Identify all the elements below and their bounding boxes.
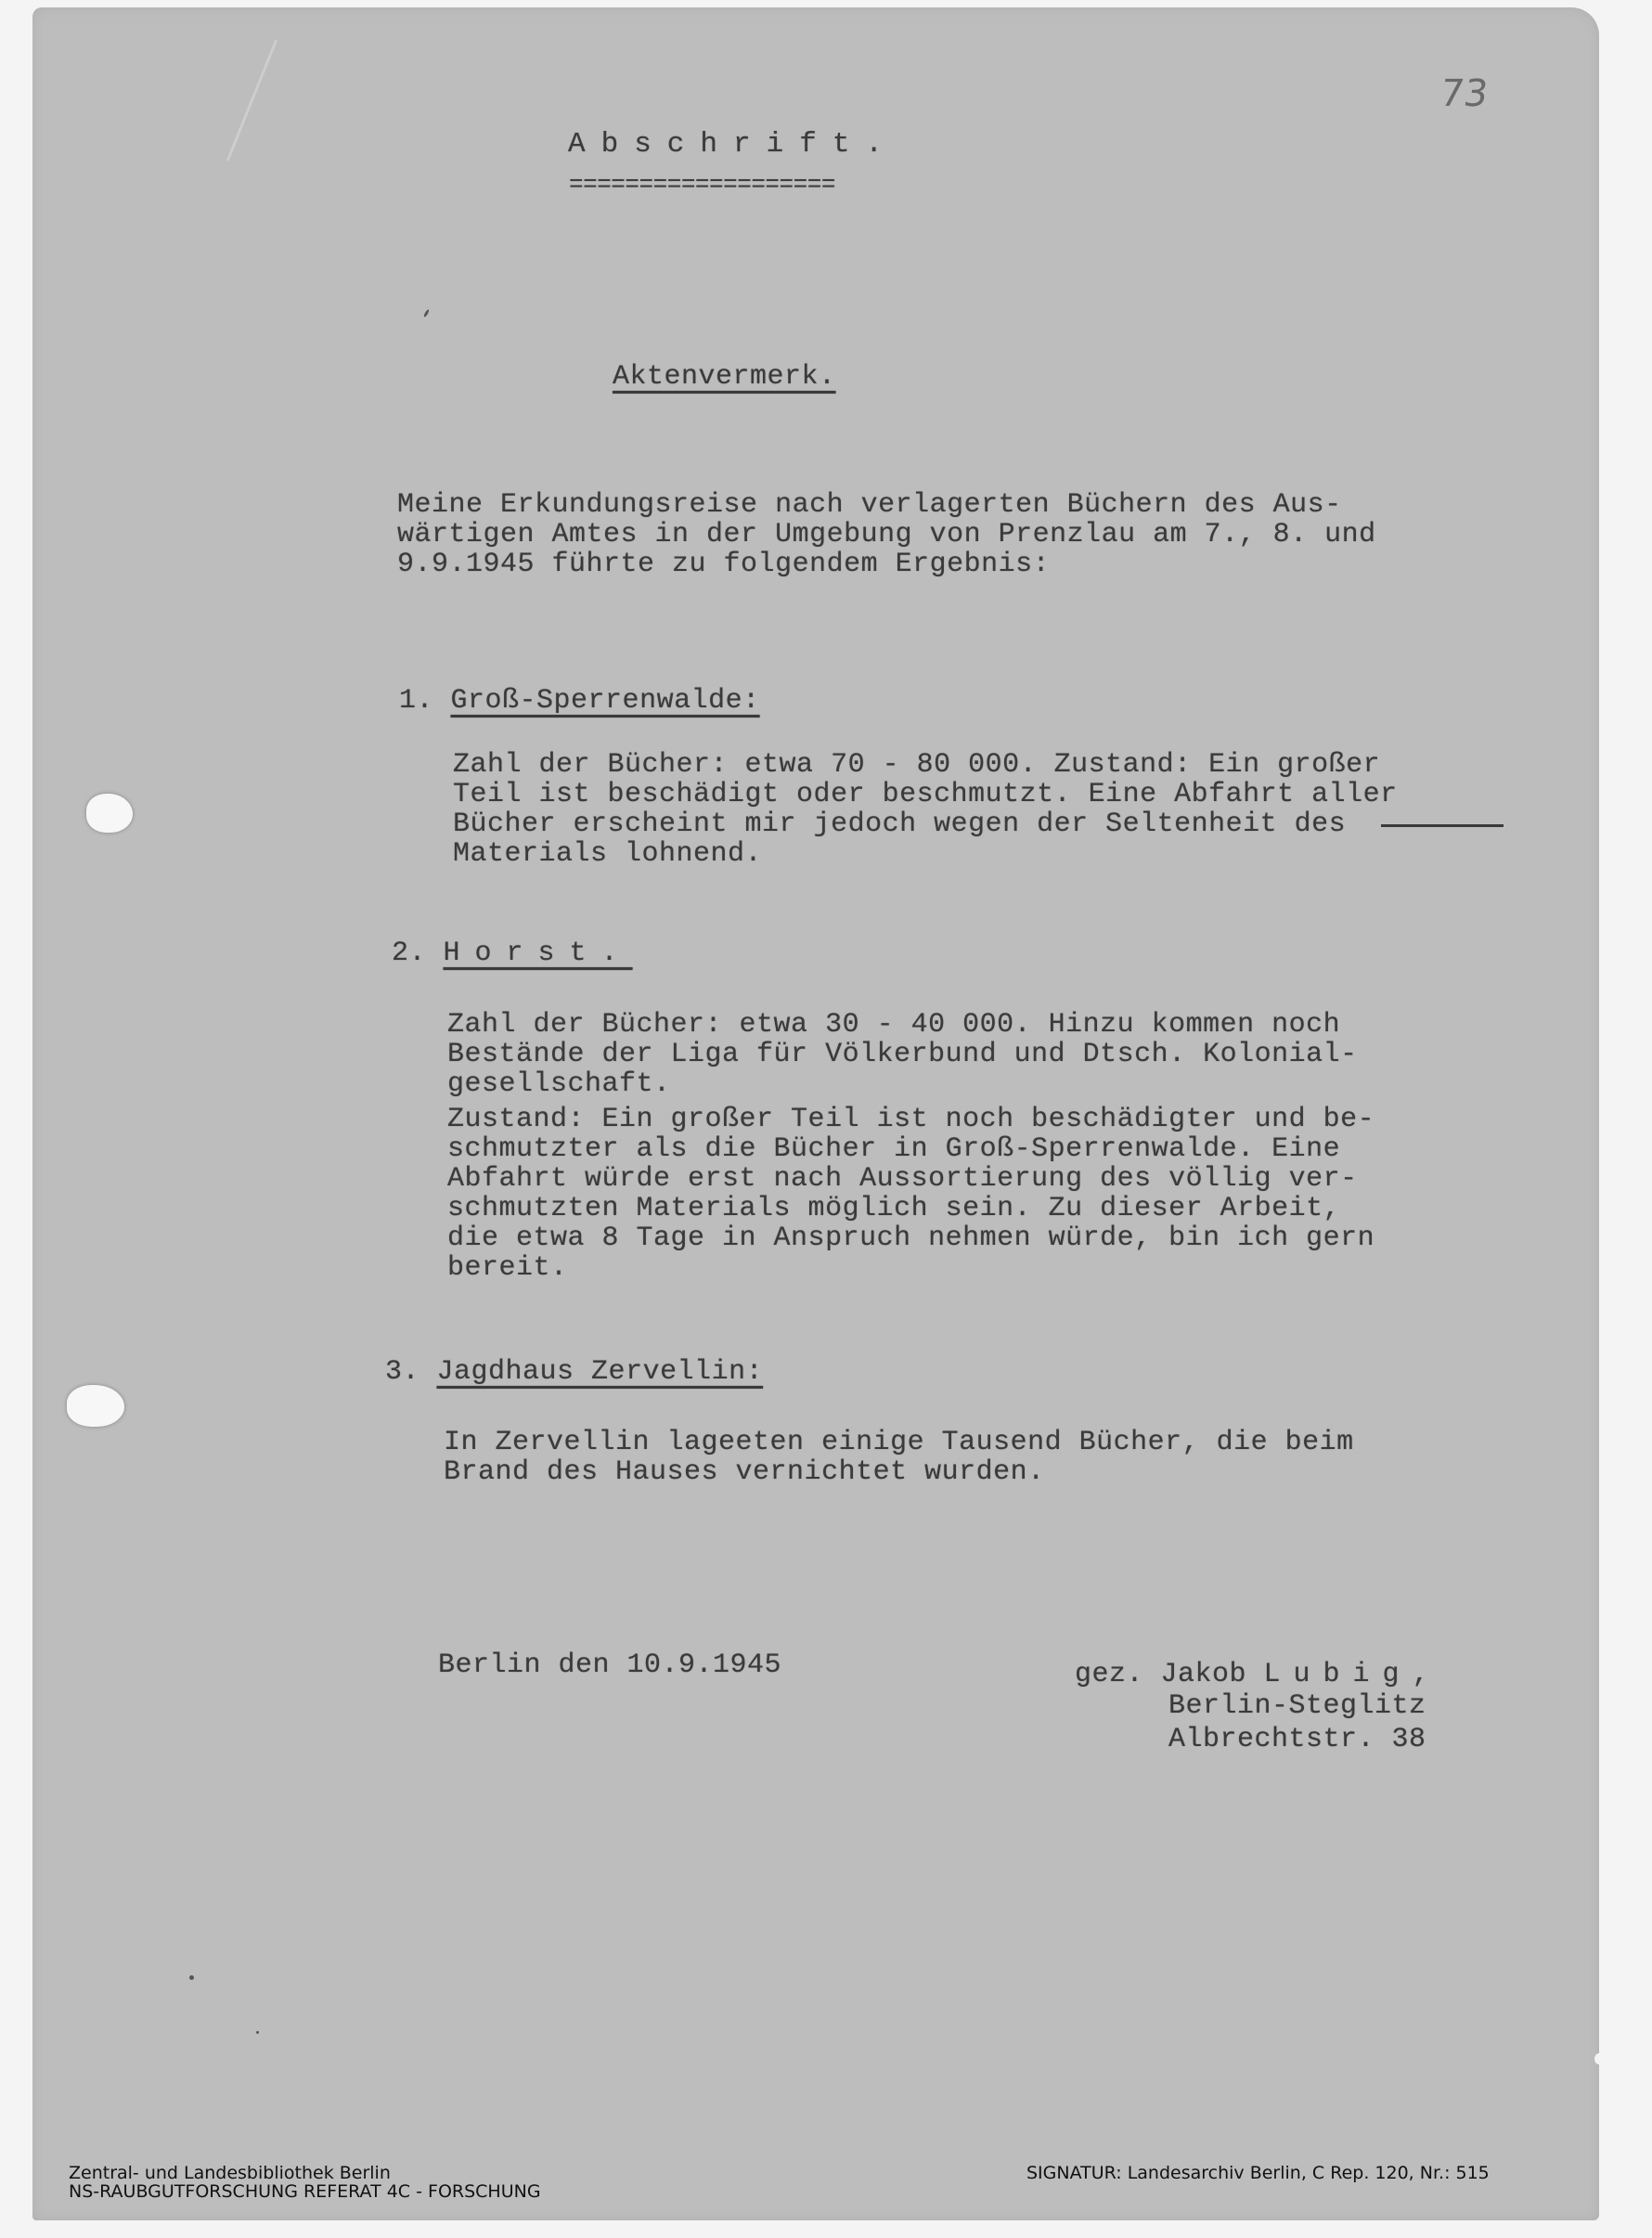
aller-underline: [1381, 824, 1504, 827]
item-3-heading-row: 3. Jagdhaus Zervellin:: [385, 1357, 763, 1387]
body-line: bereit.: [447, 1252, 568, 1284]
body-line: Teil ist beschädigt oder beschmutzt. Ein…: [453, 779, 1398, 810]
item-heading: Horst.: [444, 938, 633, 969]
body-line: gesellschaft.: [447, 1068, 671, 1100]
body-line: Zahl der Bücher: etwa 30 - 40 000. Hinzu…: [447, 1009, 1340, 1041]
speck: [256, 2031, 259, 2034]
body-line: Bücher erscheint mir jedoch wegen der Se…: [453, 809, 1346, 840]
intro-paragraph: Meine Erkundungsreise nach verlagerten B…: [397, 490, 1376, 579]
abschrift-heading: Abschrift.: [568, 130, 898, 160]
item-number: 2.: [392, 938, 426, 969]
document-title: Aktenvermerk.: [613, 362, 836, 392]
item-heading: Groß-Sperrenwalde:: [451, 685, 760, 717]
body-line: die etwa 8 Tage in Anspruch nehmen würde…: [447, 1222, 1375, 1254]
archive-footer-left: Zentral- und Landesbibliothek Berlin NS-…: [69, 2164, 541, 2201]
item-1-heading-row: 1. Groß-Sperrenwalde:: [399, 686, 760, 716]
signature-surname: Lubig: [1264, 1659, 1413, 1690]
speck: [189, 1975, 194, 1980]
abschrift-underline: ===================: [569, 170, 835, 200]
punch-hole: [67, 1385, 124, 1427]
item-heading: Jagdhaus Zervellin:: [437, 1356, 764, 1388]
body-line: In Zervellin lageeten einige Tausend Büc…: [444, 1427, 1354, 1458]
item-number: 1.: [399, 685, 433, 717]
body-line: Zustand: Ein großer Teil ist noch beschä…: [447, 1104, 1375, 1135]
body-line: schmutzter als die Bücher in Groß-Sperre…: [447, 1133, 1340, 1165]
library-name: Zentral- und Landesbibliothek Berlin: [69, 2163, 391, 2183]
intro-line: Meine Erkundungsreise nach verlagerten B…: [397, 489, 1342, 521]
paper-crease: [226, 40, 277, 162]
address-line: Albrechtstr. 38: [1168, 1725, 1426, 1754]
place-date: Berlin den 10.9.1945: [438, 1650, 781, 1680]
body-line: Zahl der Bücher: etwa 70 - 80 000. Zusta…: [453, 749, 1380, 781]
body-line: schmutzten Materials möglich sein. Zu di…: [447, 1193, 1340, 1224]
department-name: NS-RAUBGUTFORSCHUNG REFERAT 4C - FORSCHU…: [69, 2181, 541, 2202]
signature-line: gez. Jakob Lubig,: [1075, 1660, 1429, 1689]
paper-notch: [1594, 2053, 1604, 2064]
item-3-body: In Zervellin lageeten einige Tausend Büc…: [444, 1428, 1354, 1487]
item-1-body: Zahl der Bücher: etwa 70 - 80 000. Zusta…: [453, 750, 1398, 869]
address-line: Berlin-Steglitz: [1168, 1691, 1426, 1721]
intro-line: 9.9.1945 führte zu folgendem Ergebnis:: [397, 549, 1050, 580]
page-number-handwritten: 73: [1438, 72, 1491, 115]
item-2-body: Zahl der Bücher: etwa 30 - 40 000. Hinzu…: [447, 1010, 1358, 1099]
archive-signature: SIGNATUR: Landesarchiv Berlin, C Rep. 12…: [1026, 2164, 1490, 2182]
body-line: Bestände der Liga für Völkerbund und Dts…: [447, 1039, 1358, 1070]
signature-prefix: gez. Jakob: [1075, 1659, 1246, 1690]
signature-suffix: ,: [1413, 1659, 1430, 1690]
body-line: Materials lohnend.: [453, 838, 762, 870]
item-number: 3.: [385, 1356, 419, 1388]
body-line: Abfahrt würde erst nach Aussortierung de…: [447, 1163, 1358, 1195]
item-2-heading-row: 2. Horst.: [392, 938, 633, 968]
body-line: Brand des Hauses vernichtet wurden.: [444, 1456, 1045, 1488]
intro-line: wärtigen Amtes in der Umgebung von Prenz…: [397, 519, 1376, 550]
item-2-condition: Zustand: Ein großer Teil ist noch beschä…: [447, 1105, 1375, 1283]
punch-hole: [86, 794, 133, 833]
